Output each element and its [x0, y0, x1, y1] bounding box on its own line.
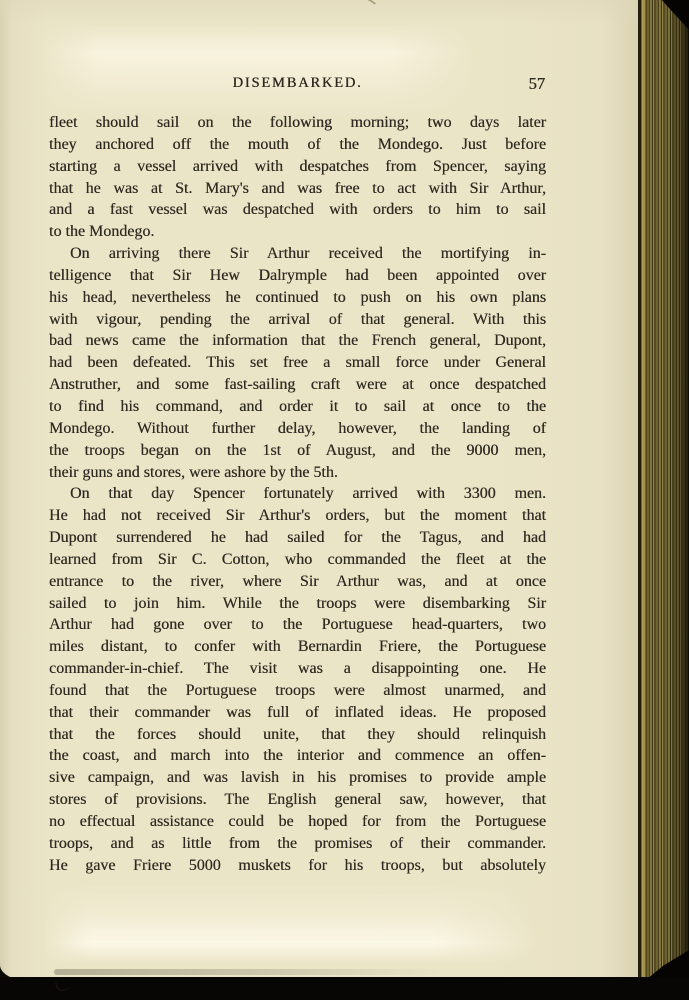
scan-light-streak-bottom: [42, 882, 542, 964]
backdrop-corner-top-right: [649, 0, 689, 30]
text-line: He gave Friere 5000 muskets for his troo…: [49, 855, 546, 877]
text-line: sive campaign, and was lavish in his pro…: [49, 767, 546, 789]
page-header: DISEMBARKED. 57: [49, 75, 546, 95]
text-line: On that day Spencer fortunately arrived …: [49, 483, 546, 505]
page-content: DISEMBARKED. 57 fleet should sail on the…: [49, 75, 546, 877]
text-line: Dupont surrendered he had sailed for the…: [49, 527, 546, 549]
text-line: starting a vessel arrived with despatche…: [49, 156, 546, 178]
text-line: that he was at St. Mary's and was free t…: [49, 178, 546, 200]
text-line: Arthur had gone over to the Portuguese h…: [49, 614, 546, 636]
page-curl-mark: [322, 0, 381, 20]
text-line: Mondego. Without further delay, however,…: [49, 418, 546, 440]
text-line: telligence that Sir Hew Dalrymple had be…: [49, 265, 546, 287]
text-line: that their commander was full of inflate…: [49, 702, 546, 724]
text-line: the coast, and march into the interior a…: [49, 745, 546, 767]
text-line: stores of provisions. The English genera…: [49, 789, 546, 811]
page-bottom-edge: [54, 969, 444, 975]
text-line: On arriving there Sir Arthur received th…: [49, 243, 546, 265]
page-number: 57: [529, 74, 546, 94]
text-line: their guns and stores, were ashore by th…: [49, 462, 546, 484]
text-line: miles distant, to confer with Bernardin …: [49, 636, 546, 658]
text-line: to find his command, and order it to sai…: [49, 396, 546, 418]
scanned-book-photo: DISEMBARKED. 57 fleet should sail on the…: [0, 0, 689, 1000]
text-line: Anstruther, and some fast-sailing craft …: [49, 374, 546, 396]
text-line: sailed to join him. While the troops wer…: [49, 593, 546, 615]
text-line: with vigour, pending the arrival of that…: [49, 309, 546, 331]
book-page: DISEMBARKED. 57 fleet should sail on the…: [0, 0, 646, 981]
text-line: fleet should sail on the following morni…: [49, 112, 546, 134]
text-line: the troops began on the 1st of August, a…: [49, 440, 546, 462]
text-line: to the Mondego.: [49, 221, 546, 243]
book-fore-edge: [638, 0, 689, 1000]
text-line: bad news came the information that the F…: [49, 330, 546, 352]
scan-backdrop-bottom: [0, 977, 689, 1000]
text-line: that the forces should unite, that they …: [49, 724, 546, 746]
text-line: He had not received Sir Arthur's orders,…: [49, 505, 546, 527]
text-line: commander-in-chief. The visit was a disa…: [49, 658, 546, 680]
text-line: troops, and as little from the promises …: [49, 833, 546, 855]
text-block: fleet should sail on the following morni…: [49, 112, 546, 877]
text-line: found that the Portuguese troops were al…: [49, 680, 546, 702]
text-line: entrance to the river, where Sir Arthur …: [49, 571, 546, 593]
text-line: and a fast vessel was despatched with or…: [49, 199, 546, 221]
text-line: had been defeated. This set free a small…: [49, 352, 546, 374]
text-line: no effectual assistance could be hoped f…: [49, 811, 546, 833]
text-line: they anchored off the mouth of the Monde…: [49, 134, 546, 156]
text-line: learned from Sir C. Cotton, who commande…: [49, 549, 546, 571]
text-line: his head, nevertheless he continued to p…: [49, 287, 546, 309]
running-head: DISEMBARKED.: [49, 75, 546, 92]
